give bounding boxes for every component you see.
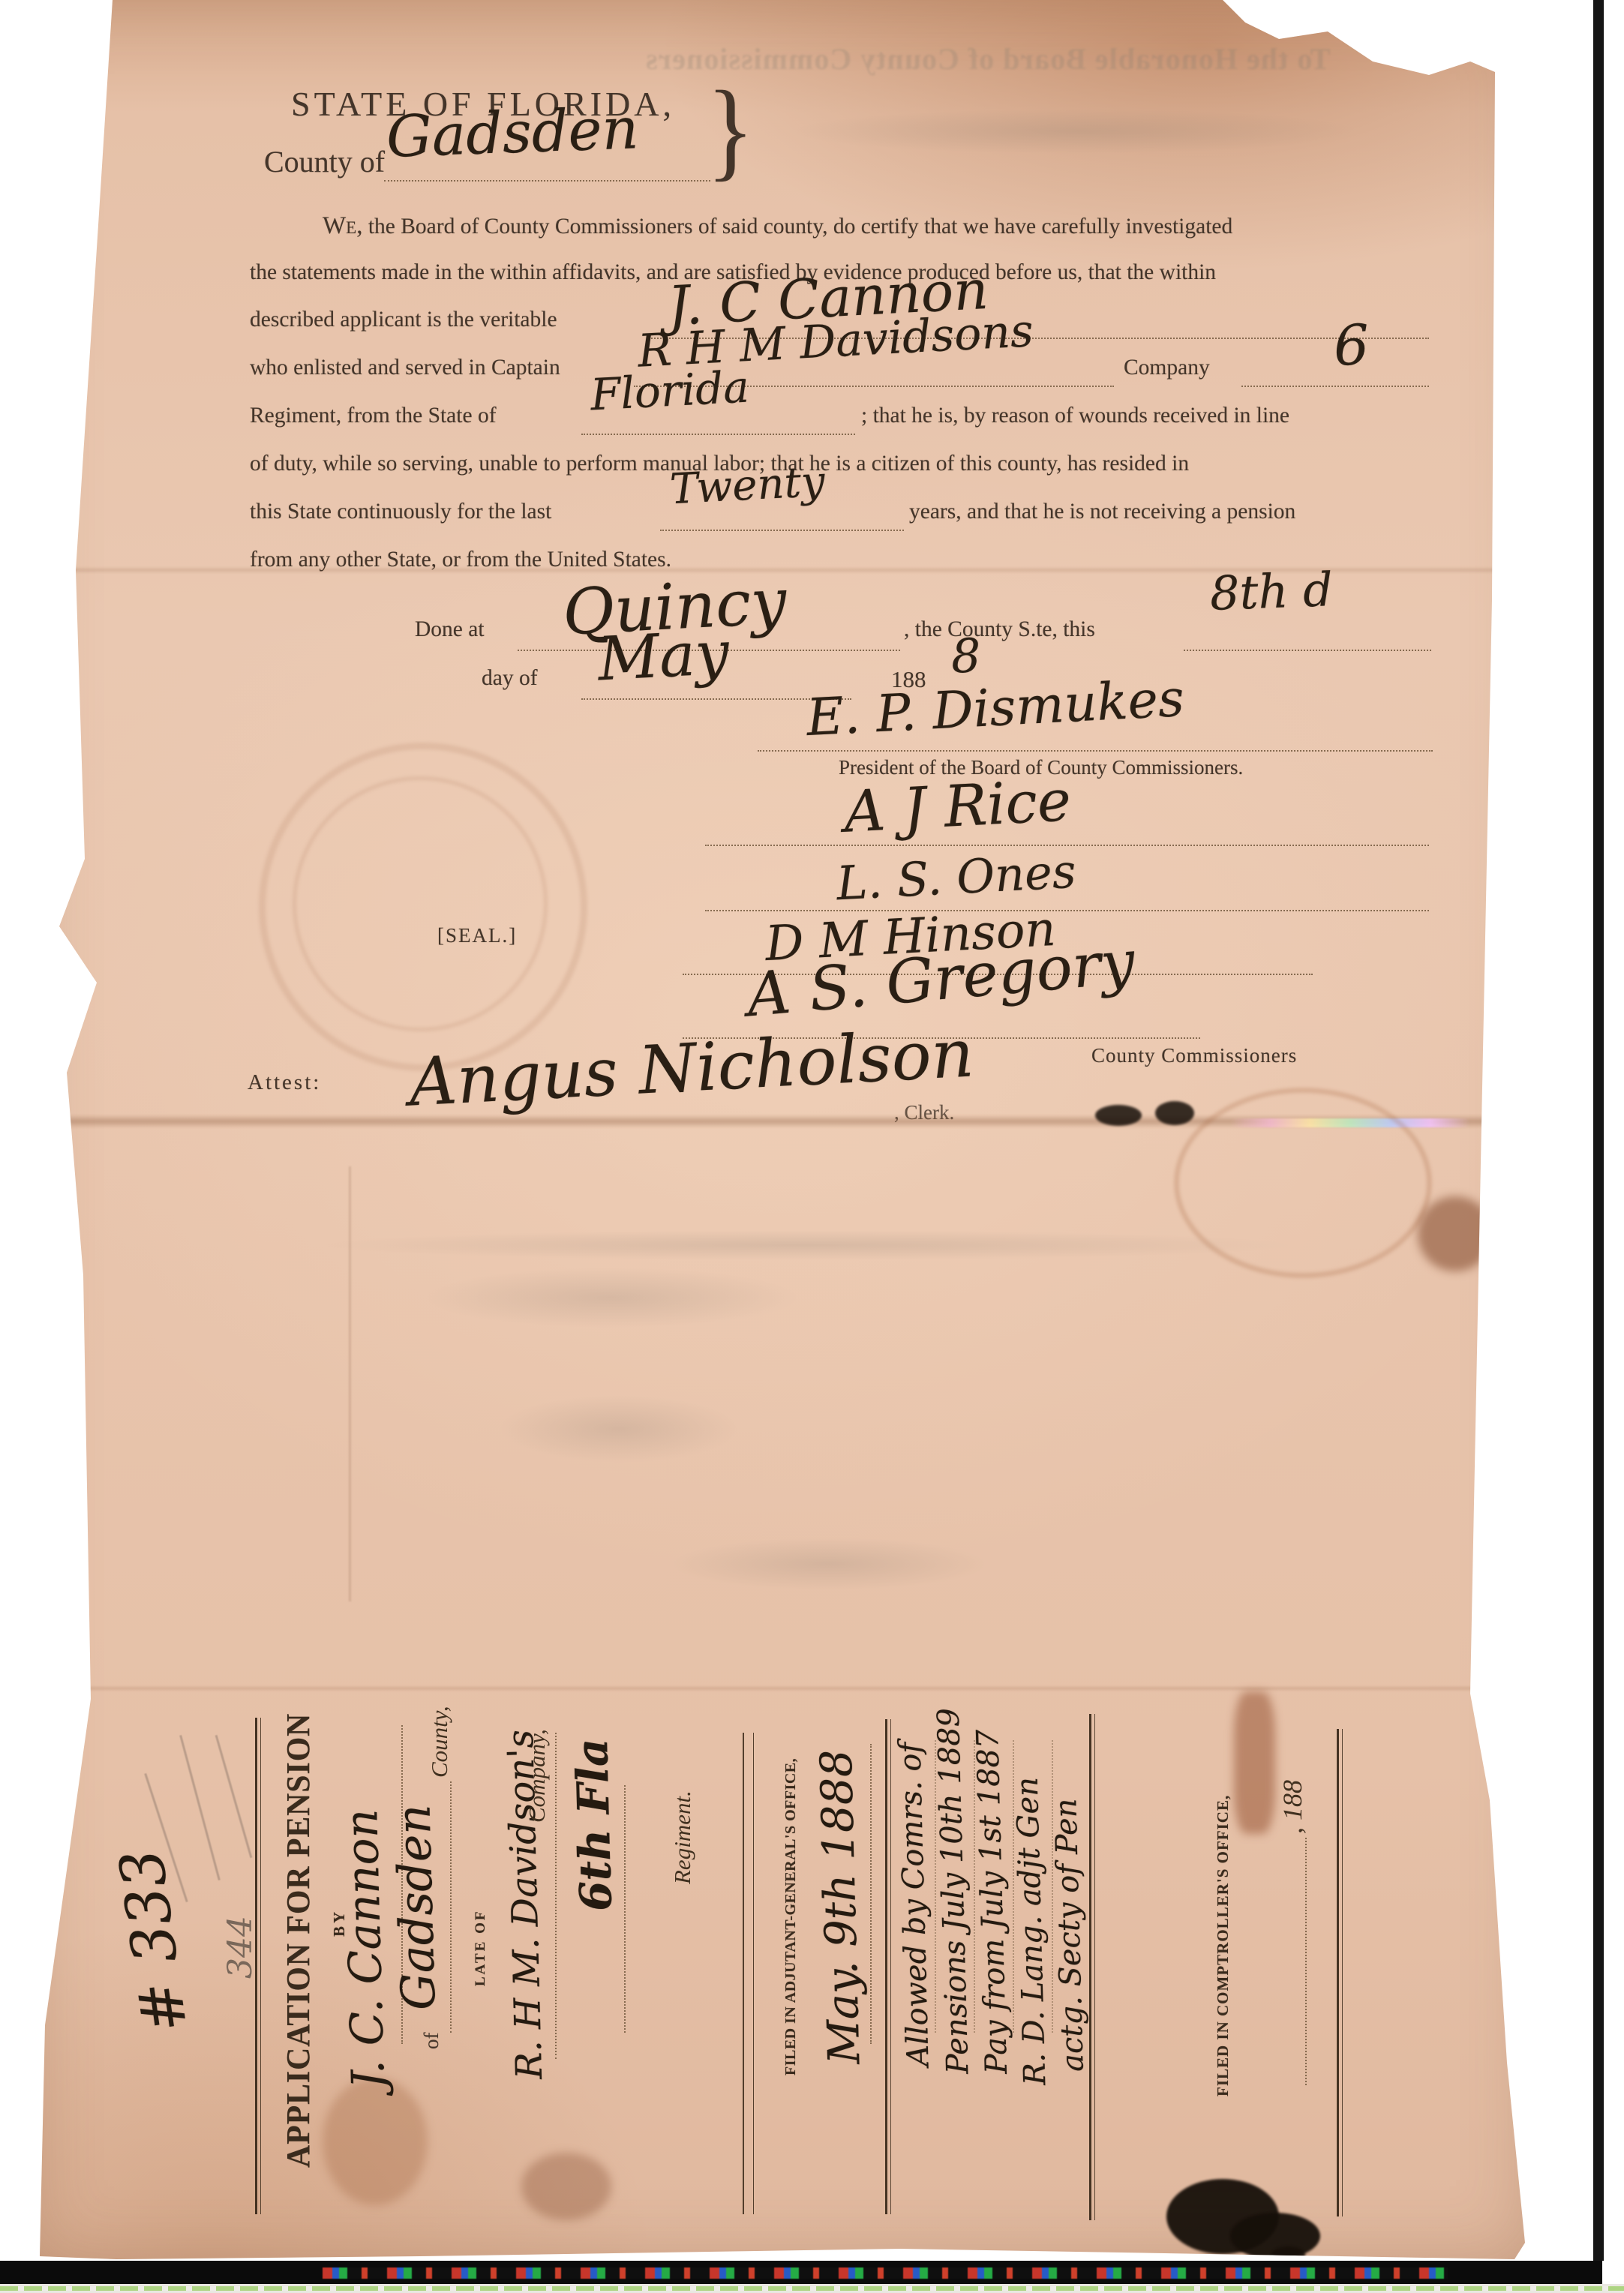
docket-applicant-signature: J. C. Cannon — [335, 1808, 395, 2090]
pencil-scribble-2 — [179, 1735, 221, 1880]
docket-company-label: Company, — [524, 1729, 551, 1823]
docket-pencil-number: 344 — [221, 1916, 260, 1979]
cert-we: We, — [323, 212, 362, 239]
green-dashed-edge — [0, 2286, 1624, 2291]
state-of-label: Regiment, from the State of — [250, 404, 497, 428]
president-signature: E. P. Dismukes — [805, 669, 1185, 748]
county-blank-line — [384, 180, 710, 182]
docket-adjutant-date-line — [870, 1744, 872, 2044]
embossed-seal-inner — [293, 776, 548, 1031]
docket-rule-2b — [753, 1733, 754, 2214]
docket-allowed-line-5: actg. Secty of Pen — [1049, 1798, 1091, 2072]
docket-title: APPLICATION FOR PENSION — [279, 1713, 317, 2168]
scan-edge-line — [1593, 0, 1604, 2261]
docket-allowed-line-3: Pay from July 1st 1887 — [971, 1729, 1014, 2074]
document-paper: To the Honorable Board of County Commiss… — [34, 0, 1530, 2261]
years-blank-line — [660, 530, 904, 531]
docket-case-number: # 333 — [106, 1845, 200, 2037]
years-rest: years, and that he is not receiving a pe… — [909, 500, 1295, 524]
docket-comptroller-date-line — [1305, 1838, 1307, 2085]
day-blank-line — [1184, 650, 1431, 651]
commissioner-signature-1: A J Rice — [842, 767, 1073, 845]
president-signature-line — [758, 750, 1433, 752]
done-at-label: Done at — [415, 617, 485, 642]
docket-of-label: of — [420, 2033, 443, 2050]
company-blank-line — [1241, 386, 1429, 387]
attest-label: Attest: — [248, 1070, 321, 1095]
scan-bottom-strip — [0, 2261, 1602, 2284]
applicant-label: described applicant is the veritable — [250, 308, 557, 332]
scan-bottom-edge — [0, 2284, 1624, 2293]
bleedthrough-mark-2 — [319, 1230, 1294, 1260]
company-value-handwritten: 6 — [1333, 313, 1370, 379]
docket-adjutant-filed-date: May. 9th 1888 — [811, 1749, 870, 2065]
docket-regiment-label: Regiment. — [669, 1790, 696, 1884]
docket-allowed-line-1: Allowed by Comrs. of — [893, 1742, 935, 2066]
state-value-handwritten: Florida — [589, 362, 750, 421]
docket-regiment-value: 6th Fla — [566, 1738, 622, 1912]
county-commissioners-label: County Commissioners — [1091, 1044, 1297, 1067]
state-blank-line — [581, 434, 855, 435]
county-site-rest: , the County S.te, this — [904, 617, 1095, 642]
stain-right-middle — [1418, 1196, 1493, 1271]
seal-label: [SEAL.] — [437, 924, 517, 947]
captain-label: who enlisted and served in Captain — [250, 356, 560, 380]
commissioner-signature-2: L. S. Ones — [835, 844, 1077, 911]
company-label: Company — [1124, 356, 1210, 380]
docket-county-value: Gadsden — [386, 1804, 446, 2011]
bleedthrough-mark-3 — [424, 1268, 799, 1328]
fold-crease-lower — [34, 1686, 1504, 1691]
docket-comptroller-year: , 188 — [1277, 1780, 1308, 1834]
day-of-label: day of — [482, 666, 538, 691]
pencil-scribble-3 — [215, 1735, 253, 1858]
docket-rule-1 — [255, 1718, 261, 2214]
docket-rule-4 — [1089, 1714, 1095, 2220]
state-rest: ; that he is, by reason of wounds receiv… — [861, 404, 1289, 428]
scanned-document-page: To the Honorable Board of County Commiss… — [0, 0, 1624, 2293]
bleedthrough-mark-5 — [671, 1538, 986, 1590]
form-brace: } — [707, 65, 754, 194]
fold-crease-upper — [34, 567, 1496, 573]
docket-comptroller-office-label: FILED IN COMPTROLLER'S OFFICE, — [1214, 1795, 1232, 2096]
years-value-handwritten: Twenty — [668, 458, 826, 515]
ink-smudge-1 — [1095, 1105, 1142, 1126]
docket-panel: # 333 344 APPLICATION FOR PENSION BY J. … — [105, 1691, 1365, 2258]
docket-rule-5 — [1337, 1729, 1343, 2216]
docket-rule-2a — [743, 1733, 744, 2214]
year-digit-handwritten: 8 — [950, 628, 982, 683]
docket-county-label: County, — [426, 1706, 453, 1778]
bleedthrough-mark-4 — [499, 1395, 739, 1463]
county-value-handwritten: Gadsden — [386, 95, 640, 170]
docket-late-of-label: LATE OF — [473, 1910, 489, 1986]
county-label: County of — [264, 144, 385, 179]
years-label: this State continuously for the last — [250, 500, 551, 524]
commissioner-line-2 — [705, 910, 1429, 911]
docket-company-line — [555, 1733, 557, 2059]
holographic-strip — [323, 2267, 1448, 2279]
bleedthrough-mark — [791, 109, 1361, 154]
docket-county-line — [450, 1781, 452, 2033]
docket-allowed-line-4: R. D. Lang. adjt Gen — [1010, 1777, 1053, 2086]
docket-allowed-line-2: Pensions July 10th 1889 — [932, 1707, 976, 2074]
docket-rule-3 — [885, 1719, 891, 2214]
ink-smudge-2 — [1155, 1101, 1194, 1125]
cert-line-1-rest: the Board of County Commissioners of sai… — [362, 215, 1232, 239]
docket-adjutant-office-label: FILED IN ADJUTANT-GENERAL'S OFFICE, — [782, 1758, 800, 2075]
cert-line-1: We, the Board of County Commissioners of… — [323, 212, 1232, 240]
month-value-handwritten: May — [596, 617, 731, 694]
docket-regiment-line — [624, 1785, 626, 2033]
